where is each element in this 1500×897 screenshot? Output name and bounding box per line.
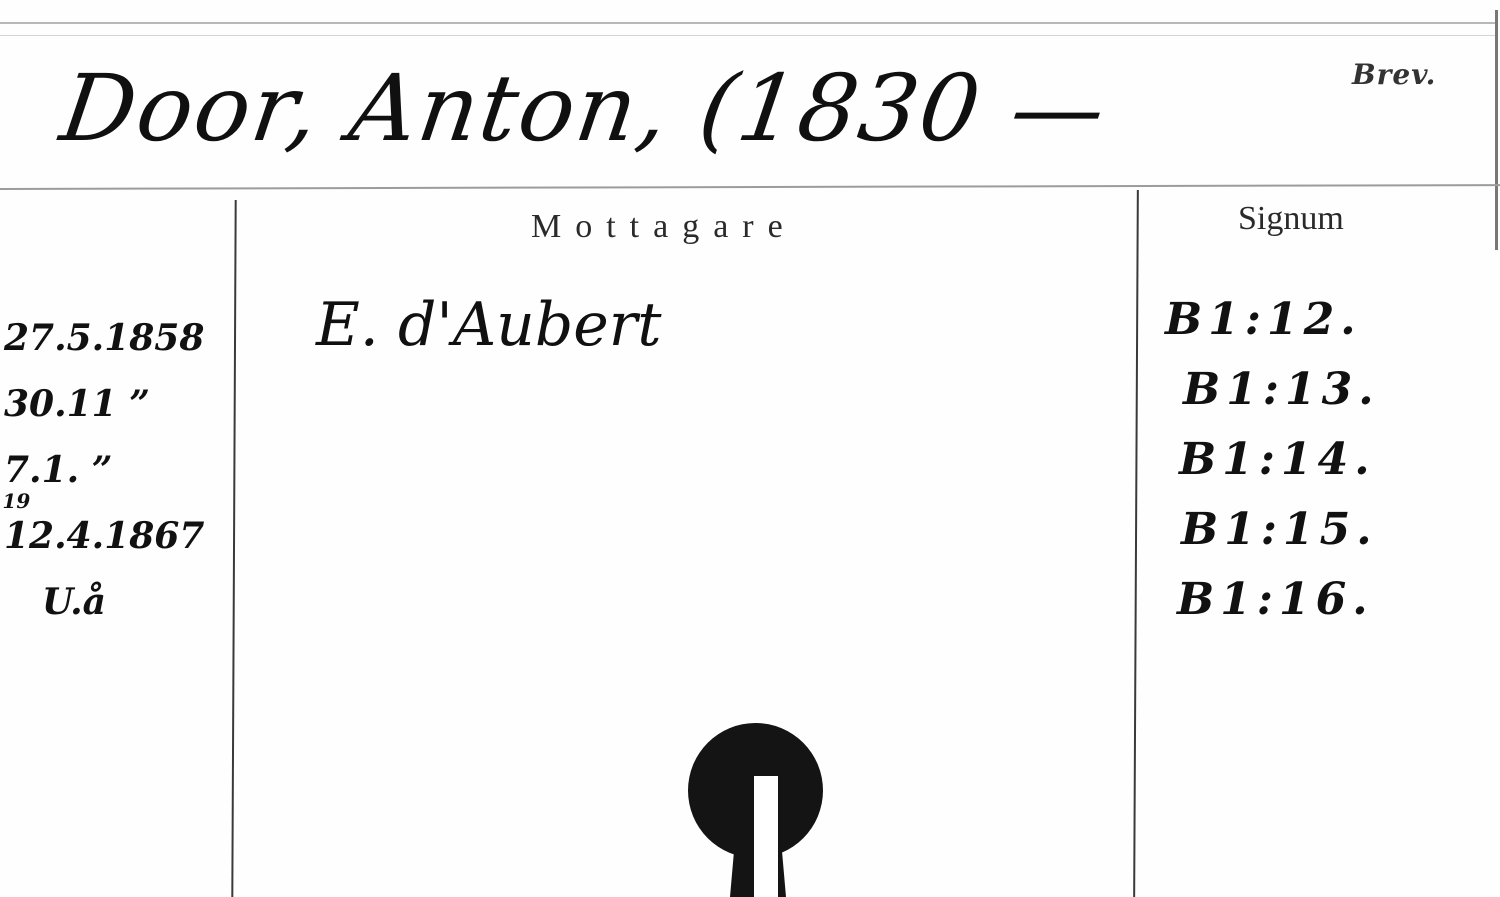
date-entry: 30.11 ” xyxy=(4,371,204,437)
punch-rod-slot xyxy=(754,776,778,897)
date-entry: 27.5.1858 xyxy=(4,305,204,371)
column-divider-right xyxy=(1133,190,1139,897)
date-entry: 7.1. ”19 xyxy=(4,437,204,503)
signum-entry: B1:16. xyxy=(1165,565,1380,635)
header-divider xyxy=(0,184,1500,190)
recipient-name: E. d'Aubert xyxy=(316,290,662,360)
signum-entry: B1:15. xyxy=(1165,495,1380,565)
signum-entry: B1:14. xyxy=(1165,425,1380,495)
card-heading-handwritten: Door, Anton, (1830 — xyxy=(54,55,1113,162)
catalog-card: Door, Anton, (1830 — Brev. Mottagare Sig… xyxy=(0,0,1500,897)
date-superscript: 19 xyxy=(2,489,30,513)
date-entry-text: 7.1. ” xyxy=(4,449,112,491)
recipient-column-header: Mottagare xyxy=(531,208,797,246)
column-divider-left xyxy=(231,200,236,897)
top-edge-line xyxy=(0,22,1495,24)
card-right-edge xyxy=(1495,10,1498,250)
date-list: 27.5.1858 30.11 ” 7.1. ”19 12.4.1867 U.å xyxy=(4,305,204,635)
date-entry: 12.4.1867 xyxy=(4,503,204,569)
category-label: Brev. xyxy=(1352,58,1436,91)
top-ruling-line xyxy=(0,35,1495,36)
date-entry: U.å xyxy=(4,569,204,635)
signum-entry: B1:13. xyxy=(1165,355,1380,425)
signum-entry: B1:12. xyxy=(1165,285,1380,355)
signum-column-header: Signum xyxy=(1238,200,1344,238)
signum-list: B1:12. B1:13. B1:14. B1:15. B1:16. xyxy=(1165,285,1380,635)
